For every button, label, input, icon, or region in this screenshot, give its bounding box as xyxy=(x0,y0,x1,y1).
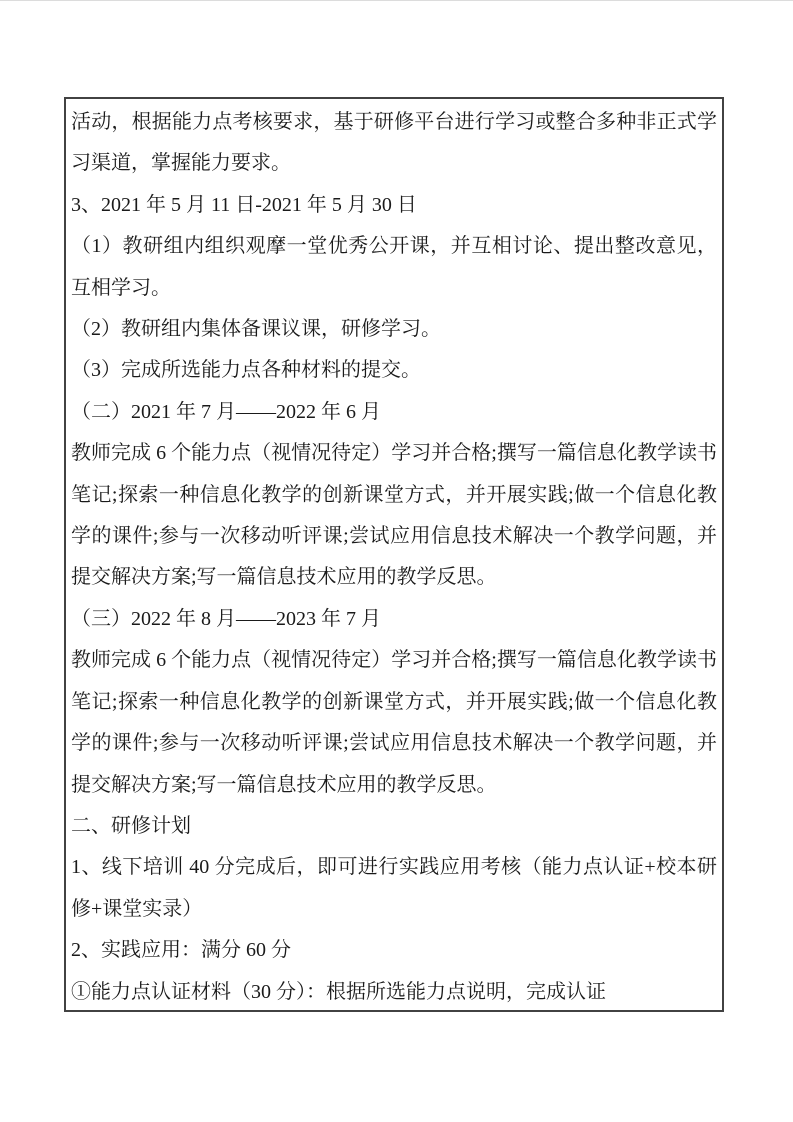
paragraph-phase-2-tasks: 教师完成 6 个能力点（视情况待定）学习并合格;撰写一篇信息化教学读书笔记;探索… xyxy=(71,433,717,599)
page-top-edge xyxy=(0,0,793,1)
paragraph-phase-3-heading: （三）2022 年 8 月——2023 年 7 月 xyxy=(71,599,717,640)
paragraph-plan-item-2: 2、实践应用：满分 60 分 xyxy=(71,930,717,971)
table-cell: 活动，根据能力点考核要求，基于研修平台进行学习或整合多种非正式学习渠道，掌握能力… xyxy=(64,97,724,1012)
paragraph-plan-item-1: 1、线下培训 40 分完成后，即可进行实践应用考核（能力点认证+校本研修+课堂实… xyxy=(71,847,717,930)
paragraph-subitem-3: （3）完成所选能力点各种材料的提交。 xyxy=(71,350,717,391)
paragraph-item-3-dates: 3、2021 年 5 月 11 日-2021 年 5 月 30 日 xyxy=(71,185,717,226)
paragraph-subitem-1: （1）教研组内组织观摩一堂优秀公开课，并互相讨论、提出整改意见，互相学习。 xyxy=(71,226,717,309)
paragraph-plan-item-2-detail-1: ①能力点认证材料（30 分）：根据所选能力点说明，完成认证 xyxy=(71,972,717,1012)
document-page: { "colors": { "page_background": "#fffff… xyxy=(0,0,793,1122)
paragraph-phase-2-heading: （二）2021 年 7 月——2022 年 6 月 xyxy=(71,392,717,433)
paragraph-section-2-heading: 二、研修计划 xyxy=(71,806,717,847)
paragraph-phase-3-tasks: 教师完成 6 个能力点（视情况待定）学习并合格;撰写一篇信息化教学读书笔记;探索… xyxy=(71,640,717,806)
paragraph-continuation: 活动，根据能力点考核要求，基于研修平台进行学习或整合多种非正式学习渠道，掌握能力… xyxy=(71,102,717,185)
paragraph-subitem-2: （2）教研组内集体备课议课，研修学习。 xyxy=(71,309,717,350)
